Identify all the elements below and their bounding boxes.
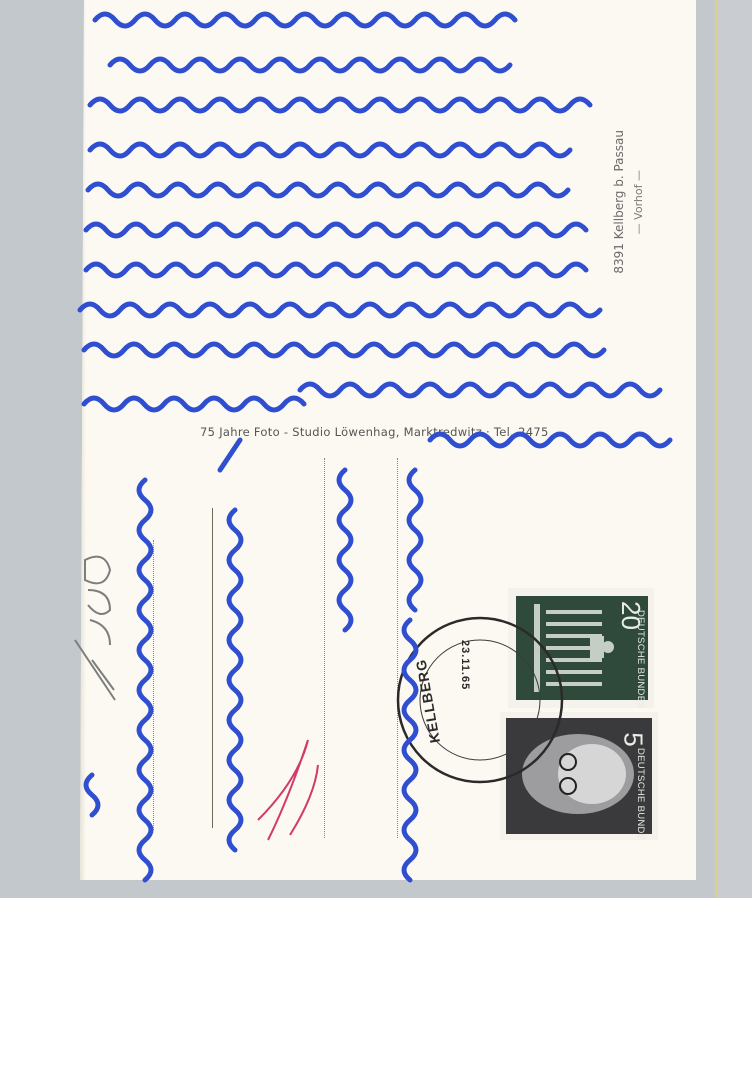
address-line-3 xyxy=(212,508,213,828)
stamp-5-pfennig: 5 DEUTSCHE BUNDESPOST xyxy=(500,712,658,840)
address-line-1 xyxy=(397,458,398,838)
address-line-2 xyxy=(324,458,325,838)
blank-area xyxy=(0,898,752,1072)
printed-caption: 75 Jahre Foto - Studio Löwenhag, Marktre… xyxy=(200,425,549,439)
stamp-country: DEUTSCHE BUNDESPOST xyxy=(635,610,646,708)
stamp-20-pfennig: 20 DEUTSCHE BUNDESPOST xyxy=(508,588,654,708)
printed-sublocation: — Vorhof — xyxy=(632,170,645,234)
printed-location: 8391 Kellberg b. Passau xyxy=(612,130,632,274)
stamp-country: DEUTSCHE BUNDESPOST xyxy=(635,748,646,840)
scanner-guide-line xyxy=(716,0,717,898)
scanner-edge-strip xyxy=(715,0,752,898)
address-line-4 xyxy=(153,540,154,830)
stamp-denomination: 5 xyxy=(618,732,649,746)
